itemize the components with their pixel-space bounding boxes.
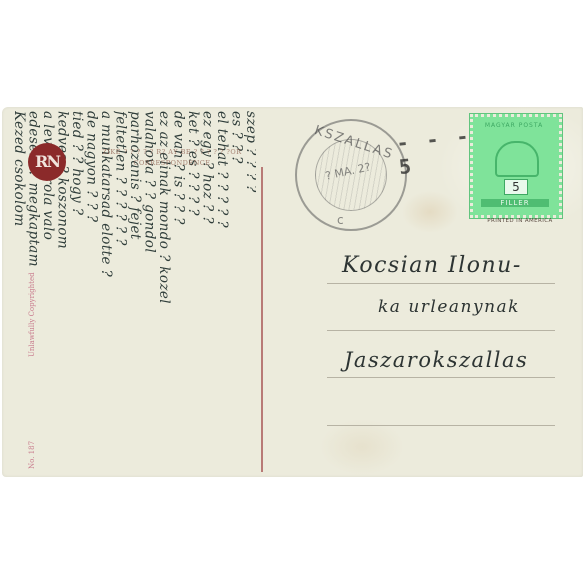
address-recipient-title: ka urleanynak: [378, 297, 520, 317]
publisher-logo: RN: [28, 143, 66, 181]
address-line-rule: [327, 283, 555, 284]
copyright-text: Unlawfully Copyrighted: [28, 272, 36, 357]
postcard-header: ZIKE ? ? ? ? ? R? AY BE ? ? ? ? ? ?OR CO…: [87, 147, 257, 169]
printed-in-note: PRINTED IN AMERICA: [480, 218, 560, 224]
postage-stamp: MAGYAR POSTA 5 FILLER: [470, 114, 562, 218]
address-line-rule: [327, 330, 555, 331]
crown-icon: [495, 141, 539, 177]
address-line-rule: [327, 425, 555, 426]
postmark-letter: c: [337, 213, 344, 227]
stamp-denomination: FILLER: [481, 199, 549, 207]
address-town: Jaszarokszallas: [344, 348, 528, 372]
address-line-rule: [327, 377, 555, 378]
header-line-2: CORRESPONDENCE: [87, 158, 257, 169]
postcard-back: Kezed csokolomedesem ? megkaptama levele…: [2, 107, 583, 477]
center-divider: [261, 167, 263, 472]
header-line-1: ZIKE ? ? ? ? ? R? AY BE ? ? ? ? ? ?OR: [87, 147, 257, 158]
stamp-country: MAGYAR POSTA: [479, 122, 549, 129]
address-recipient-name: Kocsian Ilonu-: [342, 253, 522, 278]
serial-number: No. 187: [28, 441, 36, 469]
postmark: KSZALLAS ? MA. 2? c: [295, 119, 407, 231]
stamp-value: 5: [504, 179, 528, 195]
